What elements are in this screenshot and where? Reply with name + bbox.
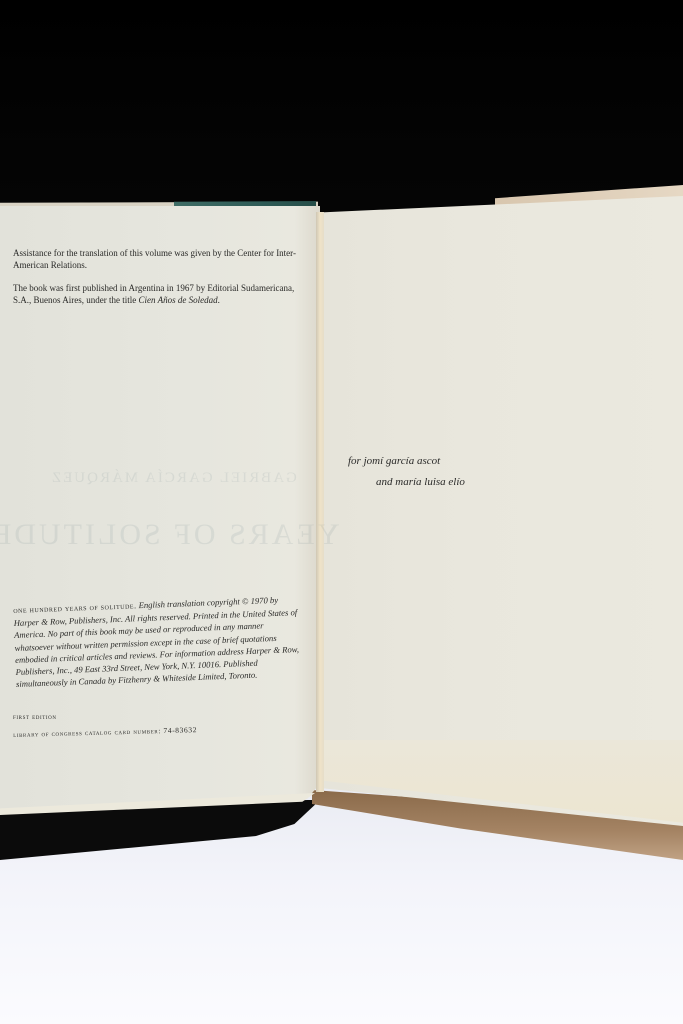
show-through-author: GABRIEL GARCÍA MÁRQUEZ <box>50 470 297 487</box>
translation-assistance-note: Assistance for the translation of this v… <box>13 248 303 271</box>
lccn-number: 74-83632 <box>163 725 197 735</box>
copyright-book-title: one hundred years of solitude. <box>13 601 137 615</box>
right-page <box>322 196 683 826</box>
show-through-title: YEARS OF SOLITUDE <box>0 518 339 552</box>
copyright-notice: one hundred years of solitude. English t… <box>13 593 306 690</box>
dedication-line-2: and maría luisa elío <box>376 476 465 488</box>
edition-label: first edition <box>13 711 57 723</box>
original-title: Cien Años de Soledad <box>139 295 218 305</box>
first-publication-end: . <box>218 295 220 305</box>
lccn-label: library of congress catalog card number: <box>13 726 161 739</box>
book-gutter <box>316 212 324 792</box>
dedication-line-1: for jomí garcía ascot <box>348 455 440 467</box>
first-publication-note: The book was first published in Argentin… <box>13 283 303 306</box>
